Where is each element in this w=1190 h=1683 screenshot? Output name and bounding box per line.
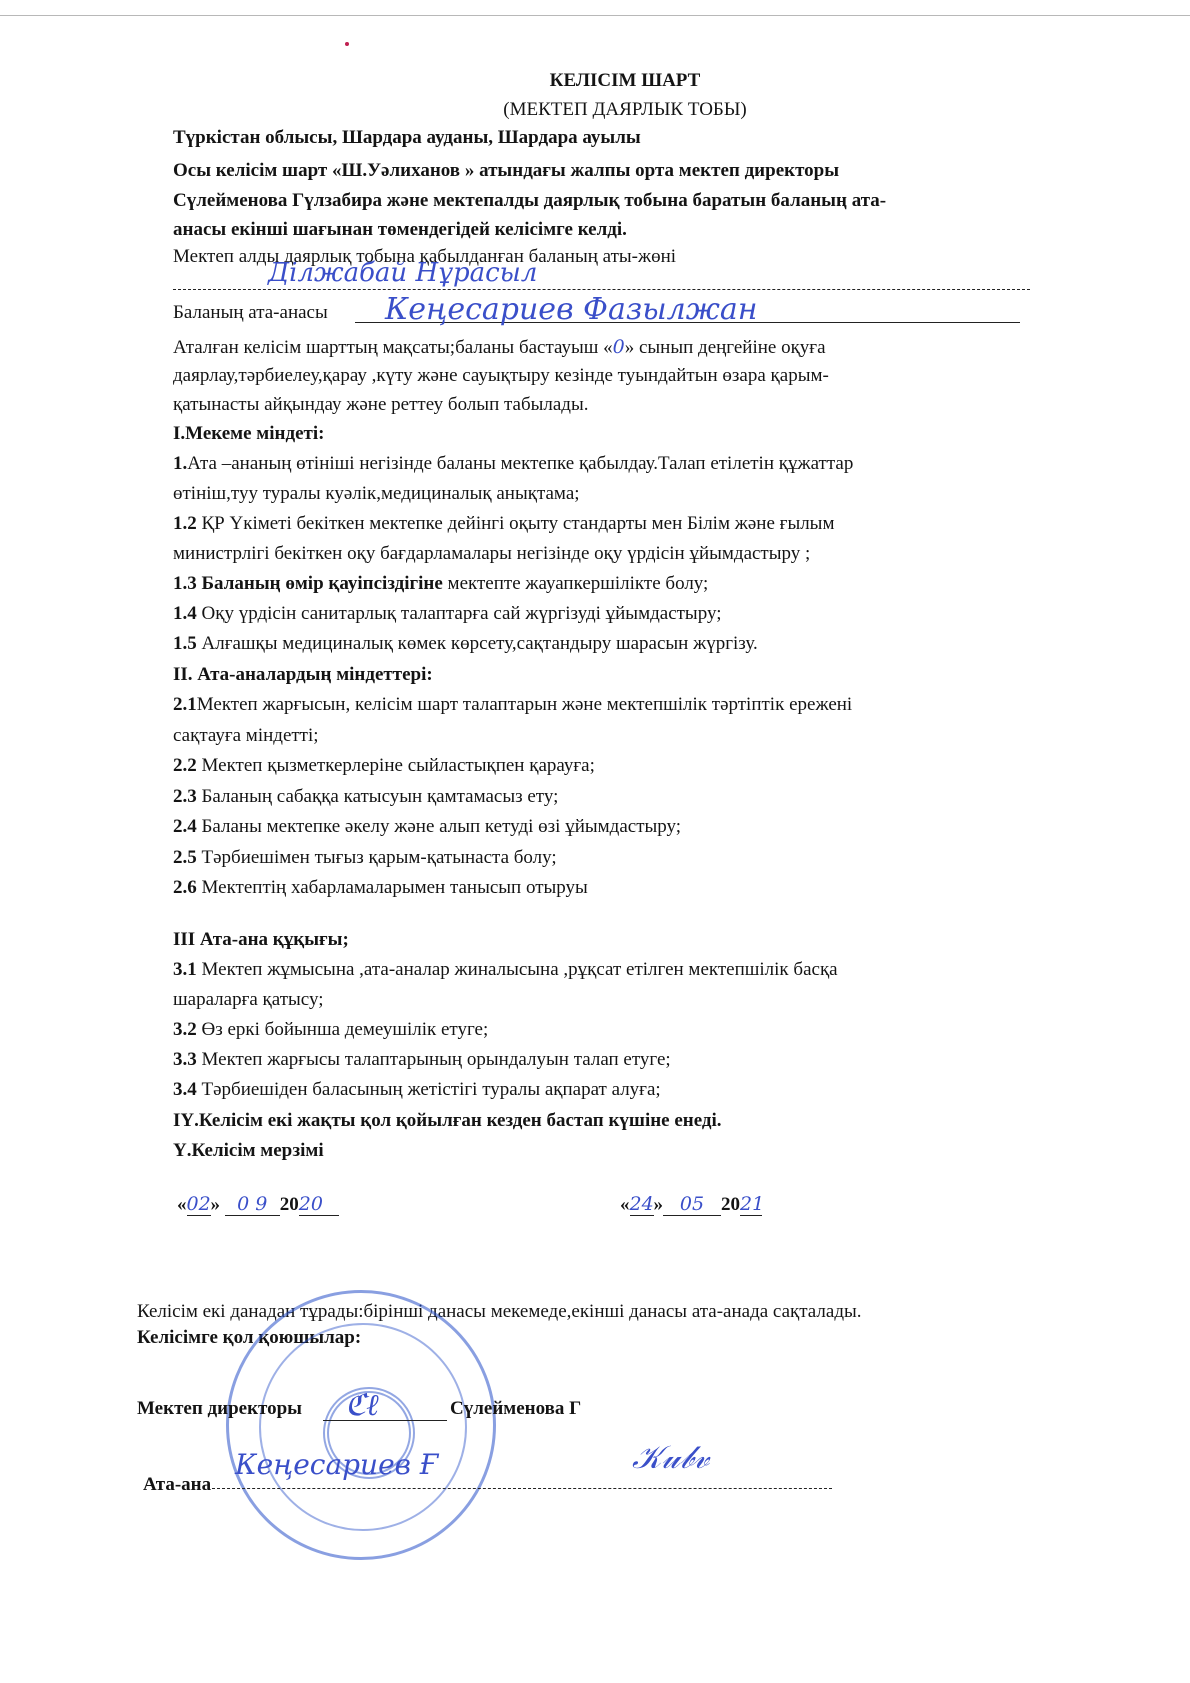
date-end-month: 05 (663, 1193, 721, 1216)
section1-heading: І.Мекеме міндеті: (173, 423, 324, 445)
list-item: 1.2 ҚР Үкіметі бекіткен мектепке дейінгі… (173, 513, 834, 535)
item-text: Мектеп жарғысы талаптарының орындалуын т… (197, 1049, 671, 1070)
purpose-line-1: Аталған келісім шарттың мақсаты;баланы б… (173, 336, 826, 359)
list-item: 1.3 Баланың өмір қауіпсіздігіне мектепте… (173, 573, 708, 595)
item-number: 2.1 (173, 694, 197, 715)
parent-label: Баланың ата-анасы (173, 302, 328, 324)
item-text: ҚР Үкіметі бекіткен мектепке дейінгі оқы… (197, 513, 835, 534)
item-text: Мектеп жарғысын, келісім шарт талаптарын… (197, 694, 852, 715)
item-text: Баланың сабаққа катысуын қамтамасыз ету; (197, 786, 559, 807)
date-start: «02» 0 92020 (177, 1193, 339, 1216)
list-item: 3.1 Мектеп жұмысына ,ата-аналар жиналысы… (173, 959, 838, 981)
intro-line-3: анасы екінші шағынан төмендегідей келісі… (173, 219, 627, 241)
copies-note: Келісім екі данадан тұрады:бірінші данас… (137, 1301, 862, 1323)
list-item: 2.4 Баланы мектепке әкелу және алып кету… (173, 816, 681, 838)
director-label: Мектеп директоры (137, 1398, 302, 1420)
list-item: 2.2 Мектеп қызметкерлеріне сыйластықпен … (173, 755, 595, 777)
parent-signature: 𝒦𝓊𝒷𝓋 (632, 1438, 709, 1477)
list-item: 3.4 Тәрбиешіден баласының жетістігі тура… (173, 1079, 661, 1101)
item-number: 2.5 (173, 847, 197, 868)
list-item: министрлігі бекіткен оқу бағдарламалары … (173, 543, 810, 565)
parent-name-handwritten: Кеңесариев Фазылжан (385, 292, 758, 327)
item-number: 1.5 (173, 633, 197, 654)
intro-line-1: Осы келісім шарт «Ш.Уәлиханов » атындағы… (173, 160, 839, 182)
list-item: 1.5 Алғашқы медициналық көмек көрсету,са… (173, 633, 758, 655)
item-text: өтініш,туу туралы куәлік,медициналық аны… (173, 483, 580, 504)
item-text: министрлігі бекіткен оқу бағдарламалары … (173, 543, 810, 564)
director-name: Сүлейменова Г (450, 1398, 581, 1420)
item-text: Алғашқы медициналық көмек көрсету,сақтан… (197, 633, 758, 654)
document-subtitle: (МЕКТЕП ДАЯРЛЫК ТОБЫ) (0, 99, 1190, 121)
purpose-line-3: қатынасты айқындау және реттеу болып таб… (173, 394, 589, 416)
list-item: өтініш,туу туралы куәлік,медициналық аны… (173, 483, 580, 505)
item-text: мектепте жауапкершілікте болу; (443, 573, 709, 594)
parent-sign-label: Ата-ана (143, 1474, 211, 1496)
date-start-year: 20 (299, 1193, 339, 1216)
item-text: Оқу үрдісін санитарлық талаптарға сай жү… (197, 603, 722, 624)
list-item: 1.Ата –ананың өтініші негізінде баланы м… (173, 453, 853, 475)
item-text: Өз еркі бойынша демеушілік етуге; (197, 1019, 488, 1040)
item-text: Ата –ананың өтініші негізінде баланы мек… (187, 453, 853, 474)
location-line: Түркістан облысы, Шардара ауданы, Шардар… (173, 127, 641, 149)
item-text: Мектеп қызметкерлеріне сыйластықпен қара… (197, 755, 595, 776)
list-item: 2.5 Тәрбиешімен тығыз қарым-қатынаста бо… (173, 847, 557, 869)
list-item: 3.3 Мектеп жарғысы талаптарының орындалу… (173, 1049, 671, 1071)
list-item: 3.2 Өз еркі бойынша демеушілік етуге; (173, 1019, 488, 1041)
list-item: 2.1Мектеп жарғысын, келісім шарт талапта… (173, 694, 852, 716)
list-item: шараларға қатысу; (173, 989, 324, 1011)
document-title: КЕЛІСІМ ШАРТ (0, 70, 1190, 92)
purpose-line-2: даярлау,тәрбиелеу,қарау ,күту және сауық… (173, 365, 829, 387)
item-number: 2.2 (173, 755, 197, 776)
parent-sign-name-handwritten: Кеңесариев Ғ (235, 1448, 438, 1481)
section3-heading: ІІІ Ата-ана құқығы; (173, 929, 349, 951)
child-name-line (173, 289, 1030, 290)
item-bold-text: Баланың өмір қауіпсіздігіне (197, 573, 443, 594)
intro-line-2: Сүлейменова Гүлзабира және мектепалды да… (173, 190, 886, 212)
item-number: 1. (173, 453, 187, 474)
item-number: 1.4 (173, 603, 197, 624)
item-text: Тәрбиешіден баласының жетістігі туралы а… (197, 1079, 661, 1100)
item-text: Мектеп жұмысына ,ата-аналар жиналысына ,… (197, 959, 838, 980)
list-item: сақтауға міндетті; (173, 725, 319, 747)
item-text: сақтауға міндетті; (173, 725, 319, 746)
stamp-inner-ring (259, 1323, 467, 1531)
item-number: 2.4 (173, 816, 197, 837)
item-number: 3.4 (173, 1079, 197, 1100)
item-number: 3.1 (173, 959, 197, 980)
item-text: шараларға қатысу; (173, 989, 324, 1010)
item-text: Тәрбиешімен тығыз қарым-қатынаста болу; (197, 847, 557, 868)
list-item: 2.6 Мектептің хабарламаларымен танысып о… (173, 877, 588, 899)
school-stamp (226, 1290, 496, 1560)
director-signature: ℭℓ (345, 1388, 379, 1423)
date-end-day: 24 (630, 1193, 654, 1216)
item-number: 1.2 (173, 513, 197, 534)
item-number: 1.3 (173, 573, 197, 594)
list-item: 1.4 Оқу үрдісін санитарлық талаптарға са… (173, 603, 721, 625)
scan-edge-line (0, 15, 1190, 16)
section5-heading: Ү.Келісім мерзімі (173, 1140, 324, 1162)
director-sign-line (323, 1420, 447, 1421)
list-item: 2.3 Баланың сабаққа катысуын қамтамасыз … (173, 786, 558, 808)
item-text: Мектептің хабарламаларымен танысып отыру… (197, 877, 588, 898)
scan-speck (345, 42, 349, 46)
item-text: Баланы мектепке әкелу және алып кетуді ө… (197, 816, 681, 837)
section4-text: ІҮ.Келісім екі жақты қол қойылған кезден… (173, 1110, 722, 1132)
date-end: «24»052021 (620, 1193, 762, 1216)
item-number: 3.2 (173, 1019, 197, 1040)
section2-heading: ІІ. Ата-аналардың міндеттері: (173, 664, 433, 686)
child-name-handwritten: Ділжабай Нұрасыл (268, 258, 537, 288)
date-start-day: 02 (187, 1193, 211, 1216)
parent-sign-line (212, 1488, 832, 1489)
date-end-year: 21 (740, 1193, 762, 1216)
item-number: 2.3 (173, 786, 197, 807)
item-number: 3.3 (173, 1049, 197, 1070)
grade-handwritten: 0 (613, 336, 625, 358)
date-start-month: 0 9 (225, 1193, 280, 1216)
item-number: 2.6 (173, 877, 197, 898)
